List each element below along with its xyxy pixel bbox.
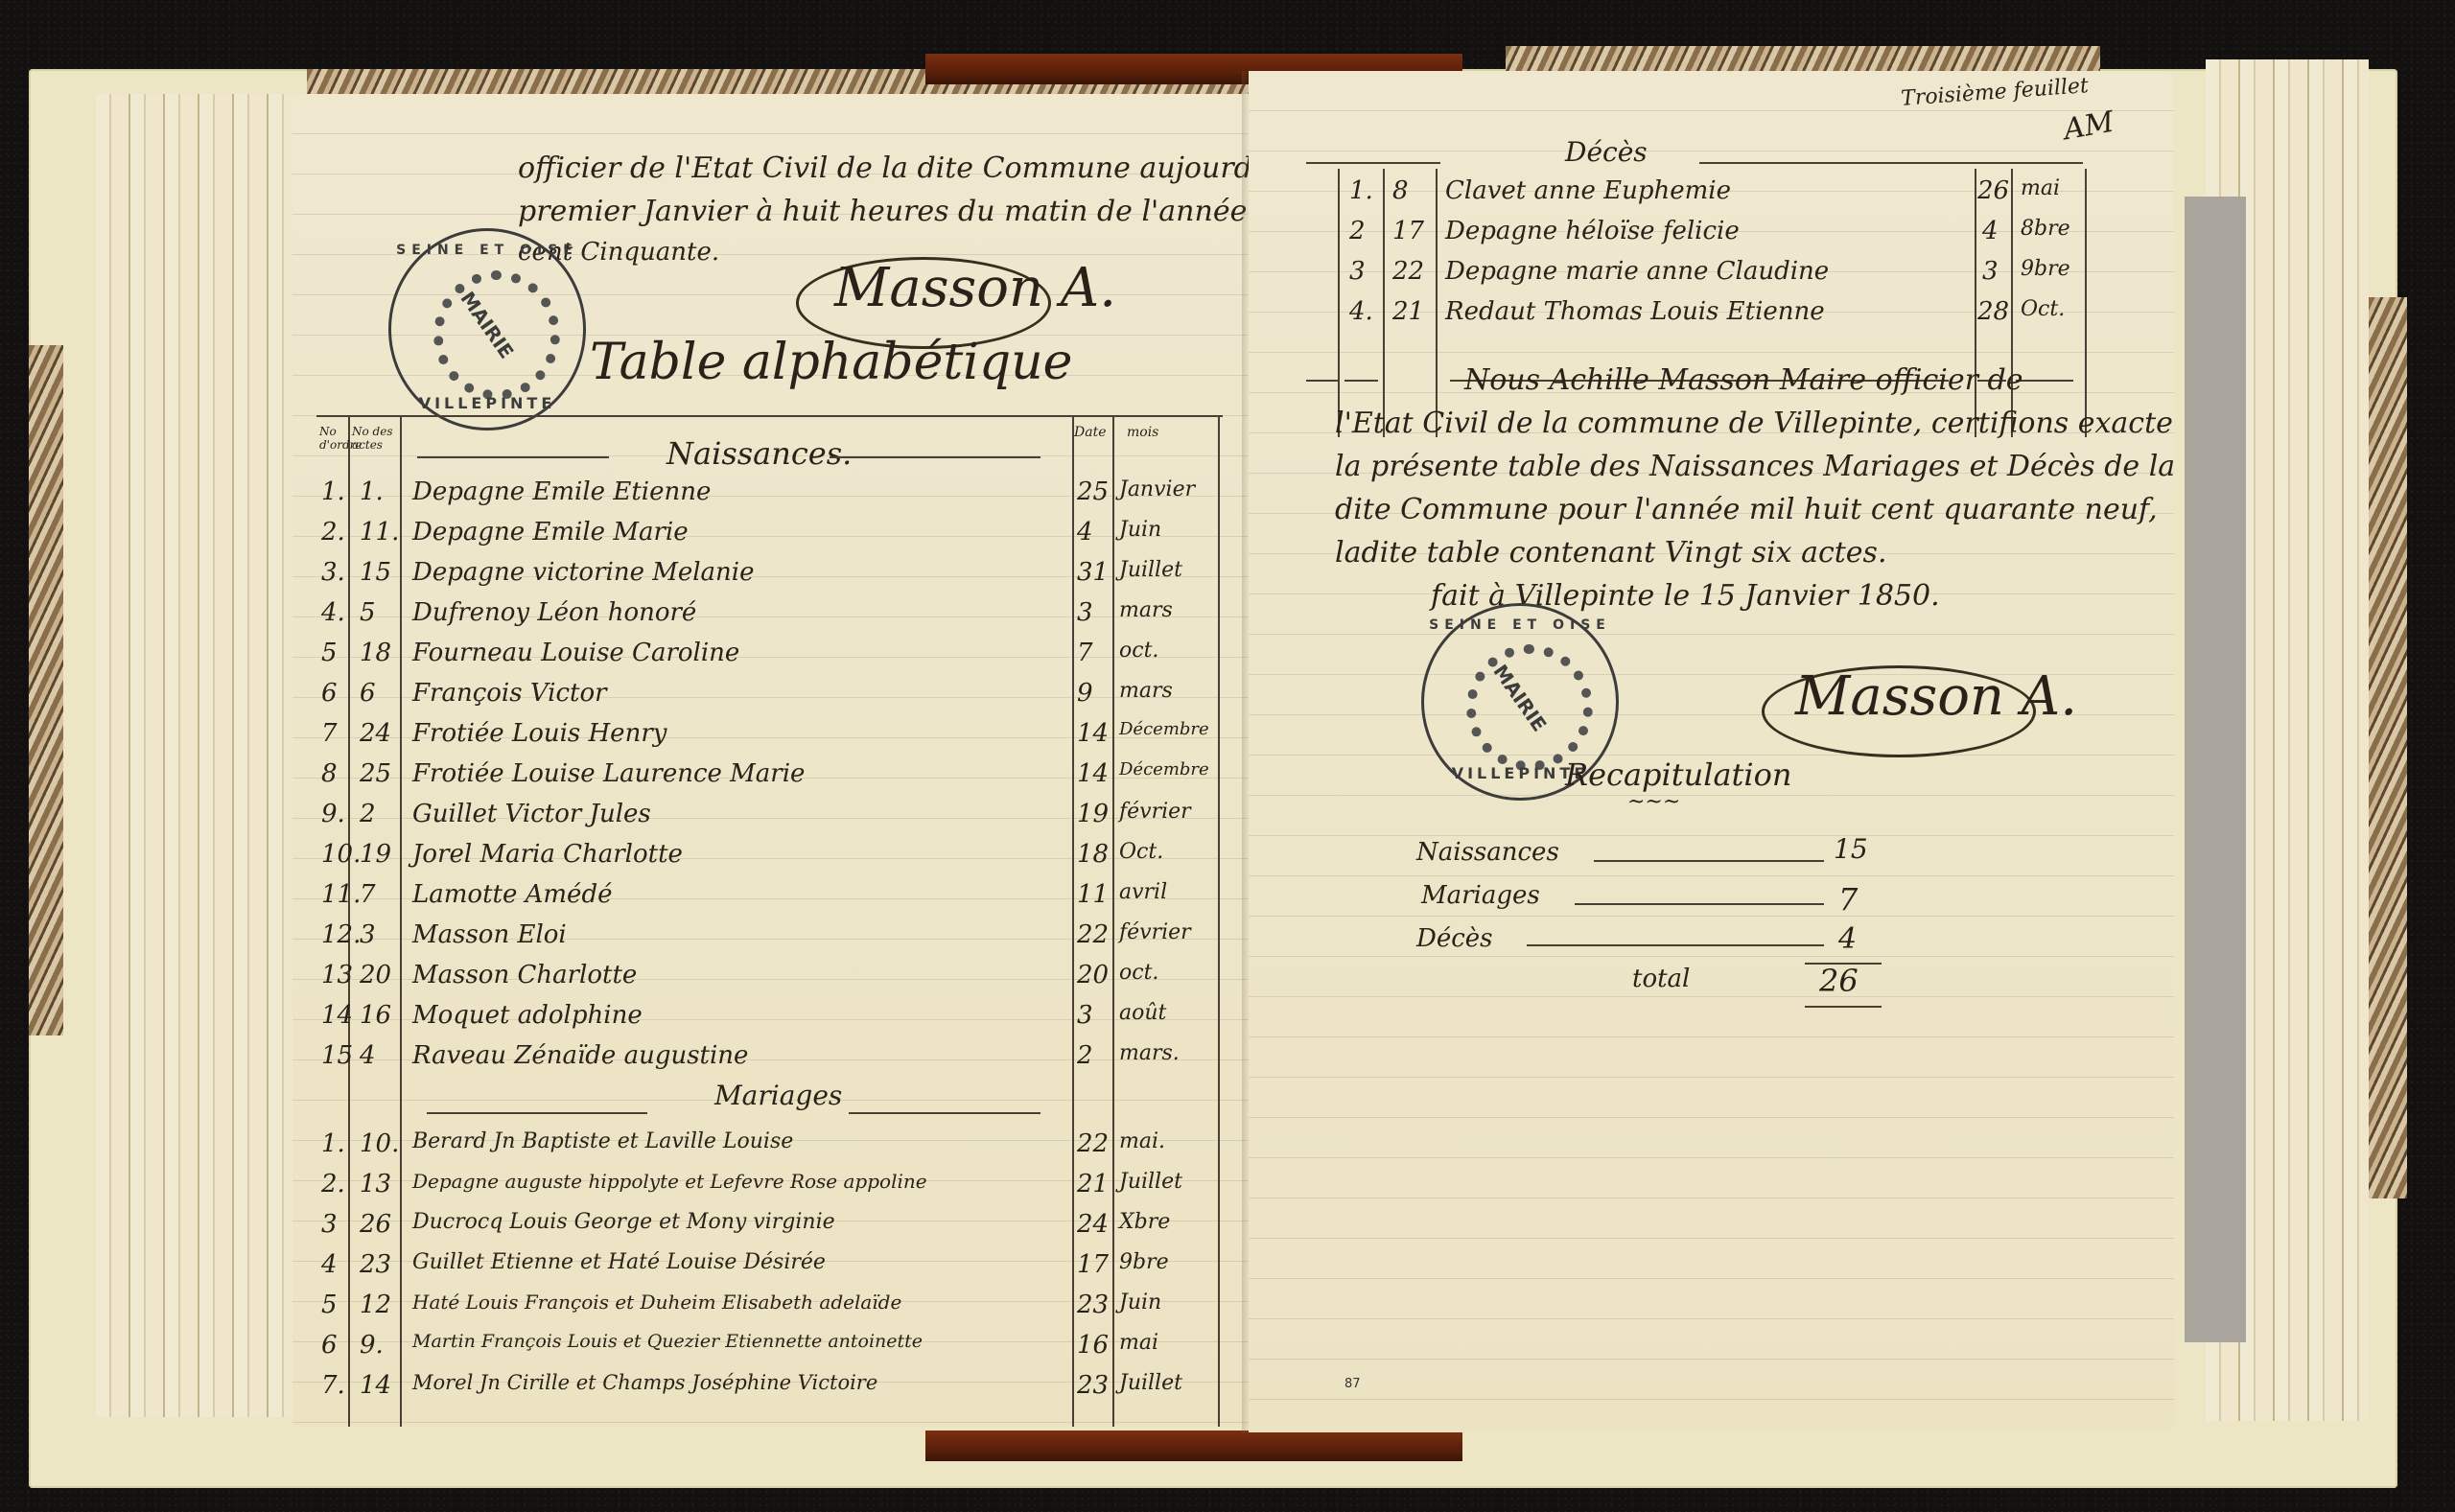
right-page: Troisième feuillet AM Décès 1.8Clavet an…: [1249, 71, 2174, 1432]
table-title: Table alphabétique: [590, 334, 1072, 391]
naissance-row: 1320Masson Charlotte20oct.: [292, 961, 1251, 1001]
mariage-row: 423Guillet Etienne et Haté Louise Désiré…: [292, 1250, 1251, 1291]
grey-insert-slip: [2185, 197, 2246, 1342]
recap-label-mariages: Mariages: [1421, 881, 1540, 910]
deces-row: 4.21Redaut Thomas Louis Etienne28Oct.: [1249, 297, 2174, 337]
total-rule-bottom: [1805, 1006, 1882, 1008]
recap-ornament: ~~~: [1627, 790, 1680, 814]
mairie-stamp-left: SEINE ET OISE MAIRIE VILLEPINTE: [388, 228, 586, 430]
leader-line: [1527, 944, 1824, 946]
mariage-row: 326Ducrocq Louis George et Mony virginie…: [292, 1210, 1251, 1250]
naissance-row: 2.11.Depagne Emile Marie4Juin: [292, 518, 1251, 558]
leader-line: [1594, 860, 1824, 862]
deces-heading: Décès: [1565, 136, 1648, 168]
naissance-row: 724Frotiée Louis Henry14Décembre: [292, 719, 1251, 759]
naissances-list: 1.1.Depagne Emile Etienne25Janvier 2.11.…: [292, 477, 1251, 1091]
closing-text-line-1: officier de l'Etat Civil de la dite Comm…: [518, 151, 1306, 185]
mayor-signature-right: Masson A.: [1795, 665, 2077, 728]
mariage-row: 1.10.Berard Jn Baptiste et Laville Louis…: [292, 1129, 1251, 1170]
mariages-list: 1.10.Berard Jn Baptiste et Laville Louis…: [292, 1129, 1251, 1417]
deces-list: 1.8Clavet anne Euphemie26mai 217Depagne …: [1249, 176, 2174, 349]
table-bottom-rule: [2016, 380, 2073, 382]
page-stack-left: [96, 94, 307, 1417]
mayor-signature-left: Masson A.: [834, 257, 1116, 319]
naissance-row: 66François Victor9mars: [292, 679, 1251, 719]
recap-value-naissances: 15: [1834, 833, 1868, 865]
recap-label-deces: Décès: [1416, 924, 1493, 953]
heading-rule: [849, 1112, 1040, 1114]
recap-total-value: 26: [1819, 963, 1859, 999]
table-bottom-rule: [1306, 380, 1340, 382]
certification-line-4: dite Commune pour l'année mil huit cent …: [1335, 493, 2158, 526]
naissance-row: 11.7Lamotte Amédé11avril: [292, 880, 1251, 920]
marbled-cover-left: [29, 345, 63, 1035]
mariage-row: 69.Martin François Louis et Quezier Etie…: [292, 1331, 1251, 1371]
recap-value-deces: 4: [1838, 922, 1857, 956]
certification-line-2: l'Etat Civil de la commune de Villepinte…: [1335, 407, 2173, 440]
deces-row: 322Depagne marie anne Claudine39bre: [1249, 257, 2174, 297]
recap-value-mariages: 7: [1838, 881, 1858, 918]
certification-line-5: ladite table contenant Vingt six actes.: [1335, 536, 1887, 570]
deces-row: 1.8Clavet anne Euphemie26mai: [1249, 176, 2174, 217]
header-act: No des actes: [352, 425, 398, 452]
header-date: Date: [1074, 425, 1106, 440]
left-page: officier de l'Etat Civil de la dite Comm…: [292, 94, 1253, 1427]
naissance-row: 1416Moquet adolphine3août: [292, 1001, 1251, 1041]
naissance-row: 1.1.Depagne Emile Etienne25Janvier: [292, 477, 1251, 518]
mariage-row: 7.14Morel Jn Cirille et Champs Joséphine…: [292, 1371, 1251, 1411]
stamp-top-text: SEINE ET OISE: [391, 243, 583, 258]
naissance-row: 10.19Jorel Maria Charlotte18Oct.: [292, 840, 1251, 880]
table-top-rule: [316, 415, 1223, 417]
table-bottom-rule: [1344, 380, 1378, 382]
heading-rule: [1699, 162, 2083, 164]
recap-label-naissances: Naissances: [1416, 838, 1559, 867]
heading-rule: [830, 456, 1040, 458]
deces-row: 217Depagne héloïse felicie48bre: [1249, 217, 2174, 257]
page-number: 87: [1344, 1377, 1361, 1391]
recap-heading: Recapitulation: [1565, 756, 1792, 793]
mariages-heading: Mariages: [714, 1080, 842, 1111]
heading-rule: [417, 456, 609, 458]
naissances-heading: Naissances.: [666, 435, 852, 472]
header-month: mois: [1127, 425, 1158, 440]
naissance-row: 12.3Masson Eloi22février: [292, 920, 1251, 961]
naissance-row: 518Fourneau Louise Caroline7oct.: [292, 639, 1251, 679]
mariage-row: 2.13Depagne auguste hippolyte et Lefevre…: [292, 1170, 1251, 1210]
naissance-row: 3.15Depagne victorine Melanie31Juillet: [292, 558, 1251, 598]
marbled-cover-right: [2369, 297, 2407, 1198]
mariage-row: 512Haté Louis François et Duheim Elisabe…: [292, 1291, 1251, 1331]
stamp-top-text: SEINE ET OISE: [1424, 617, 1616, 633]
naissance-row: 825Frotiée Louise Laurence Marie14Décemb…: [292, 759, 1251, 800]
recap-total-label: total: [1632, 965, 1690, 993]
naissance-row: 9.2Guillet Victor Jules19février: [292, 800, 1251, 840]
certification-line-1: Nous Achille Masson Maire officier de: [1464, 363, 2022, 397]
certification-line-3: la présente table des Naissances Mariage…: [1335, 450, 2175, 483]
heading-rule: [427, 1112, 647, 1114]
stamp-bottom-text: VILLEPINTE: [391, 394, 583, 412]
leader-line: [1575, 903, 1824, 905]
naissance-row: 4.5Dufrenoy Léon honoré3mars: [292, 598, 1251, 639]
heading-rule: [1306, 162, 1440, 164]
header-order: No d'ordre: [319, 425, 348, 452]
naissance-row: 154Raveau Zénaïde augustine2mars.: [292, 1041, 1251, 1082]
leather-spine-bottom: [925, 1431, 1462, 1461]
